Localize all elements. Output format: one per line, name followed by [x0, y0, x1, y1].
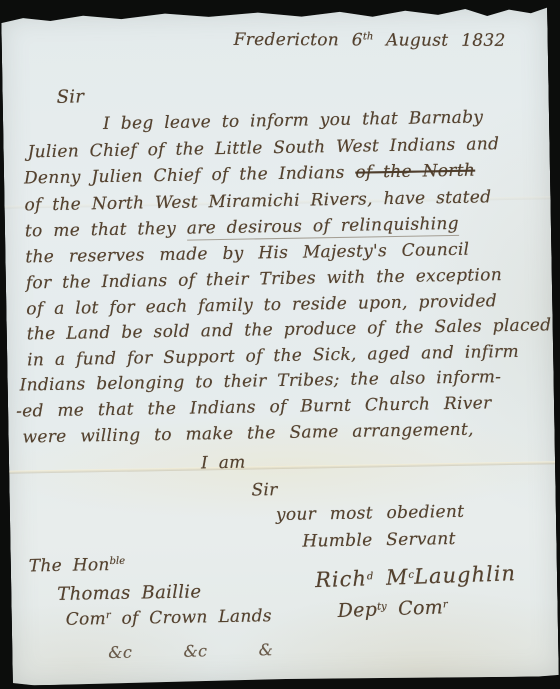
body-line-11: Indians belonging to their Tribes; the a… — [19, 367, 501, 395]
signature-name-superscript: d — [367, 571, 374, 582]
closing-i-am: I am — [201, 453, 246, 474]
body-line-10: in a fund for Support of the Sick, aged … — [27, 342, 519, 371]
signature-name-part: Rich — [315, 566, 368, 592]
addressee-office-superscript: r — [106, 610, 111, 621]
signature-title-part: Com — [386, 596, 443, 620]
addressee-honorific: The Honble — [29, 555, 126, 577]
addressee-office-part: Com — [66, 609, 107, 630]
closing-sir: Sir — [251, 480, 277, 500]
body-line-6: the reserves made by His Majesty's Counc… — [25, 240, 469, 268]
signature-name: Richd McLaughlin — [315, 561, 517, 592]
salutation: Sir — [56, 86, 84, 107]
signature-title-superscript: ty — [377, 601, 387, 612]
body-line-1: I beg leave to inform you that Barnaby — [103, 107, 483, 134]
fold-crease-lower — [9, 461, 555, 474]
signature-title: Depty Comr — [337, 596, 448, 622]
underlined-text: are desirous of relinquishing — [187, 214, 459, 241]
signature-name-part: Laughlin — [414, 561, 517, 589]
closing-servant: Humble Servant — [302, 529, 456, 552]
signature-title-superscript: r — [443, 599, 448, 610]
body-line-4: of the North West Miramichi Rivers, have… — [24, 187, 491, 215]
addressee-office-part: of Crown Lands — [111, 606, 272, 629]
dateline-place-day: Fredericton 6 — [234, 30, 363, 50]
addressee-honorific-text: The Hon — [29, 555, 110, 576]
dateline-month-year: August 1832 — [386, 30, 506, 50]
signature-name-part: M — [373, 565, 409, 590]
body-line-9: the Land be sold and the produce of the … — [27, 315, 552, 344]
body-line-8: of a lot for each family to reside upon,… — [26, 291, 497, 319]
letter-page: Fredericton 6th August 1832 Sir I beg le… — [1, 6, 559, 685]
signature-name-superscript: c — [408, 570, 414, 581]
addressee-honorific-superscript: ble — [110, 556, 126, 567]
dateline: Fredericton 6th August 1832 — [234, 30, 506, 51]
body-line-3-text: Denny Julien Chief of the Indians — [24, 163, 356, 189]
strikethrough-text: of the North — [355, 161, 475, 183]
closing-obedient: your most obedient — [276, 502, 465, 525]
body-line-3: Denny Julien Chief of the Indians of the… — [24, 161, 475, 189]
body-line-2: Julien Chief of the Little South West In… — [27, 134, 499, 162]
signature-title-part: Dep — [337, 599, 377, 622]
dateline-ordinal-superscript: th — [363, 31, 374, 42]
body-line-13: were willing to make the Same arrangemen… — [22, 420, 473, 448]
addressee-etcetera: &c &c & — [108, 640, 273, 662]
body-line-12: -ed me that the Indians of Burnt Church … — [16, 393, 492, 421]
body-line-5-text: to me that they — [25, 219, 187, 242]
addressee-name: Thomas Baillie — [57, 581, 201, 605]
addressee-office: Comr of Crown Lands — [66, 606, 272, 630]
body-line-5: to me that they are desirous of relinqui… — [25, 214, 459, 242]
body-line-7: for the Indians of their Tribes with the… — [26, 265, 502, 293]
photo-background: Fredericton 6th August 1832 Sir I beg le… — [0, 0, 560, 689]
